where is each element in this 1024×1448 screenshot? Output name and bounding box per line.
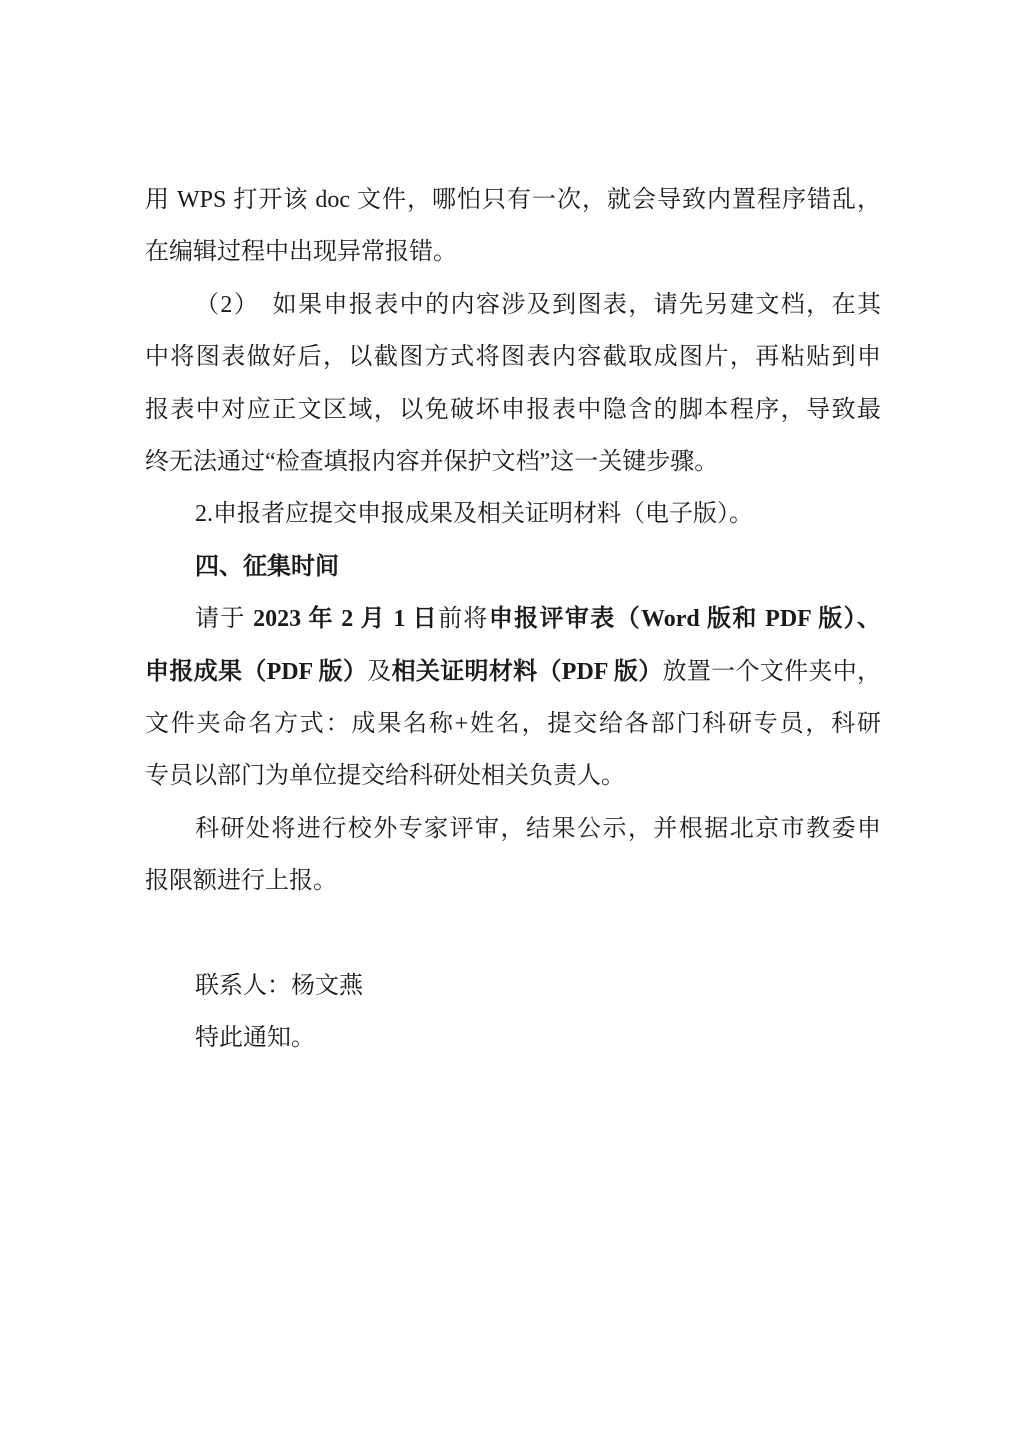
section-heading-text: 四、征集时间 <box>195 554 339 580</box>
text-run: 报表中对应正文区域，以免破坏申报表中隐含的脚本程序，导致最 <box>145 397 881 423</box>
text-line: 请于 2023 年 2 月 1 日前将申报评审表（Word 版和 PDF 版）、 <box>145 593 881 645</box>
text-run: 特此通知。 <box>195 1025 315 1051</box>
text-run: 放置一个文件夹中， <box>663 659 881 685</box>
text-line: 申报成果（PDF 版）及相关证明材料（PDF 版）放置一个文件夹中， <box>145 646 881 698</box>
text-run: 联系人：杨文燕 <box>195 973 363 999</box>
text-run: （2） 如果申报表中的内容涉及到图表，请先另建文档，在其 <box>195 292 881 318</box>
text-line: 科研处将进行校外专家评审，结果公示，并根据北京市教委申 <box>145 803 881 855</box>
text-line: 2.申报者应提交申报成果及相关证明材料（电子版）。 <box>145 488 881 540</box>
text-run: 终无法通过“检查填报内容并保护文档”这一关键步骤。 <box>145 449 718 475</box>
text-run: 请于 <box>195 606 253 632</box>
document-page: 用 WPS 打开该 doc 文件，哪怕只有一次，就会导致内置程序错乱， 在编辑过… <box>0 0 1024 1448</box>
text-run: 用 WPS 打开该 doc 文件，哪怕只有一次，就会导致内置程序错乱， <box>145 187 881 213</box>
text-run: 及 <box>367 659 391 685</box>
text-run-bold: 2023 年 2 月 1 日 <box>253 606 438 632</box>
text-run: 2.申报者应提交申报成果及相关证明材料（电子版）。 <box>195 501 753 527</box>
text-line: 中将图表做好后，以截图方式将图表内容截取成图片，再粘贴到申 <box>145 331 881 383</box>
text-run-bold: 申报成果（PDF 版） <box>145 659 367 685</box>
text-run: 前将 <box>438 606 489 632</box>
text-line: 报表中对应正文区域，以免破坏申报表中隐含的脚本程序，导致最 <box>145 384 881 436</box>
document-body: 用 WPS 打开该 doc 文件，哪怕只有一次，就会导致内置程序错乱， 在编辑过… <box>145 174 881 1065</box>
notice-closing-line: 特此通知。 <box>145 1012 881 1064</box>
text-line: 用 WPS 打开该 doc 文件，哪怕只有一次，就会导致内置程序错乱， <box>145 174 881 226</box>
text-run: 科研处将进行校外专家评审，结果公示，并根据北京市教委申 <box>195 816 881 842</box>
text-line: 文件夹命名方式：成果名称+姓名，提交给各部门科研专员，科研 <box>145 698 881 750</box>
text-run: 中将图表做好后，以截图方式将图表内容截取成图片，再粘贴到申 <box>145 344 881 370</box>
text-run: 文件夹命名方式：成果名称+姓名，提交给各部门科研专员，科研 <box>145 711 881 737</box>
text-run: 报限额进行上报。 <box>145 868 337 894</box>
text-line: 专员以部门为单位提交给科研处相关负责人。 <box>145 750 881 802</box>
text-run: 专员以部门为单位提交给科研处相关负责人。 <box>145 763 625 789</box>
contact-person-line: 联系人：杨文燕 <box>145 960 881 1012</box>
text-line: 在编辑过程中出现异常报错。 <box>145 226 881 278</box>
text-line: 终无法通过“检查填报内容并保护文档”这一关键步骤。 <box>145 436 881 488</box>
text-run: 在编辑过程中出现异常报错。 <box>145 239 457 265</box>
text-line: 报限额进行上报。 <box>145 855 881 907</box>
text-line: （2） 如果申报表中的内容涉及到图表，请先另建文档，在其 <box>145 279 881 331</box>
empty-line <box>145 908 881 960</box>
text-run-bold: 申报评审表（Word 版和 PDF 版）、 <box>489 606 881 632</box>
section-heading: 四、征集时间 <box>145 541 881 593</box>
text-run-bold: 相关证明材料（PDF 版） <box>392 659 663 685</box>
